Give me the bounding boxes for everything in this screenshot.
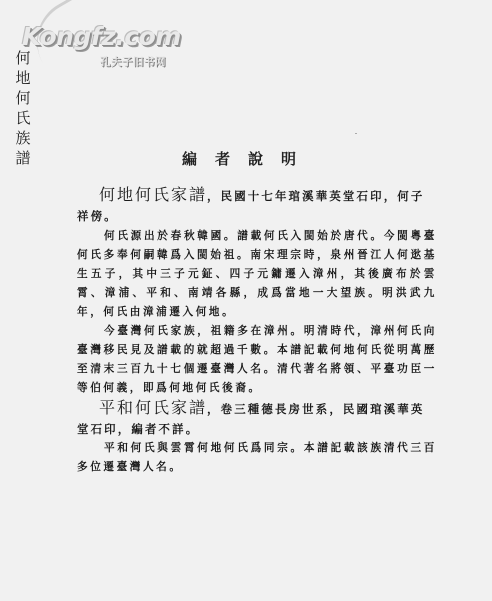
book-title: 何地何氏家譜: [99, 185, 207, 204]
document-body: 何地何氏家譜，民國十七年琯溪華英堂石印，何子祥傍。 何氏源出於春秋韓國。譜載何氏…: [77, 185, 437, 477]
watermark-logo: Kongfz.com: [22, 22, 181, 51]
book-title: 平和何氏家譜: [99, 398, 207, 417]
side-title-char: 氏: [15, 108, 31, 128]
side-title-char: 地: [15, 68, 31, 88]
side-title-vertical: 何 地 何 氏 族 譜: [15, 48, 31, 168]
side-title-char: 何: [15, 88, 31, 108]
scan-speck: [355, 133, 357, 134]
side-title-char: 何: [15, 48, 31, 68]
kongfz-watermark: Kongfz.com 孔夫子旧书网: [22, 8, 172, 70]
page-title: 編者說明: [182, 148, 322, 169]
side-title-char: 譜: [15, 148, 31, 168]
body-paragraph: 何氏源出於春秋韓國。譜載何氏入閩始於唐代。今閩粵臺何氏多奉何嗣韓爲入閩始祖。南宋…: [77, 227, 437, 322]
entry-heading: 何地何氏家譜，民國十七年琯溪華英堂石印，何子祥傍。: [77, 185, 437, 226]
body-paragraph: 今臺灣何氏家族，祖籍多在漳州。明清時代，漳州何氏向臺灣移民見及譜載的就超過千數。…: [77, 322, 437, 398]
watermark-subtitle: 孔夫子旧书网: [100, 54, 166, 69]
body-paragraph: 平和何氏與雲霄何地何氏爲同宗。本譜記載該族清代三百多位遷臺灣人名。: [77, 439, 437, 477]
entry-heading: 平和何氏家譜，卷三種德長房世系，民國琯溪華英堂石印，編者不詳。: [77, 398, 437, 439]
side-title-char: 族: [15, 128, 31, 148]
